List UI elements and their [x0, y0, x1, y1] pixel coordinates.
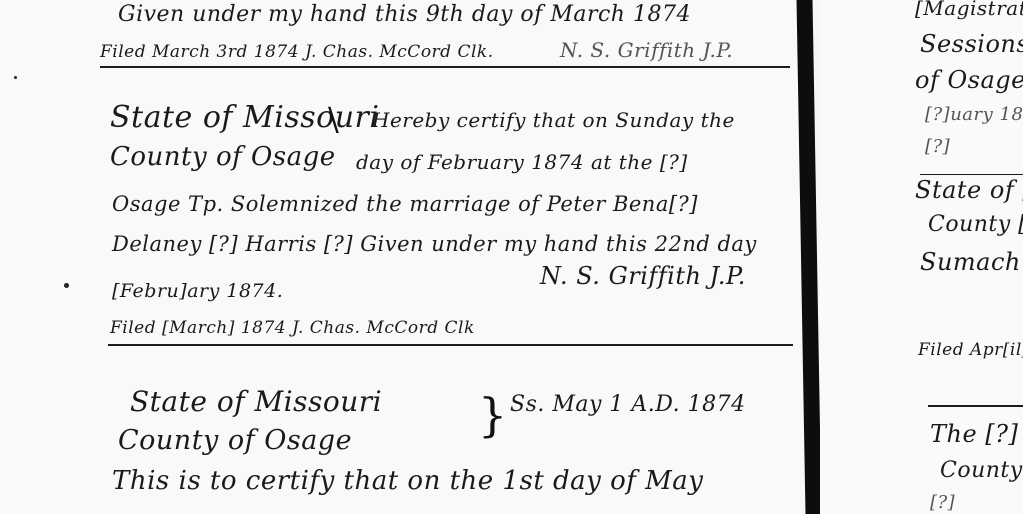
right-line: County [?] [940, 458, 1023, 483]
entry2-line-2: day of February 1874 at the [?] [356, 150, 688, 174]
entry3-heading-right: Ss. May 1 A.D. 1874 [510, 392, 746, 417]
entry-divider [100, 66, 790, 68]
entry3-heading-state: State of Missouri [130, 385, 382, 418]
entry1-signature: N. S. Griffith J.P. [560, 38, 733, 62]
binding-gutter [797, 0, 822, 514]
brace-mark: \ [328, 100, 339, 138]
entry2-signature: N. S. Griffith J.P. [540, 262, 746, 290]
right-line: Sumach [?] [920, 248, 1023, 276]
entry-divider [920, 174, 1023, 175]
entry-divider [108, 344, 793, 346]
entry2-line-5: [Febru]ary 1874. [112, 280, 283, 302]
entry2-heading-county: County of Osage [110, 142, 336, 172]
entry1-filed-line: Filed March 3rd 1874 J. Chas. McCord Clk… [100, 42, 494, 62]
brace-mark: } [478, 388, 507, 442]
entry2-line-1: Hereby certify that on Sunday the [372, 108, 735, 132]
entry3-line-1: This is to certify that on the 1st day o… [112, 466, 703, 496]
right-line: [?] [930, 492, 955, 513]
entry1-given-line: Given under my hand this 9th day of Marc… [118, 2, 691, 27]
entry2-line-4: Delaney [?] Harris [?] Given under my ha… [112, 232, 757, 256]
right-line: of Osage [915, 66, 1023, 94]
right-line: The [?] [930, 420, 1018, 448]
right-line: County [?] [928, 212, 1023, 237]
right-register-page: [Magistrate?] Sessions [?] of Osage [?]u… [820, 0, 1023, 514]
right-line: Sessions [?] [920, 30, 1023, 58]
left-register-page: Given under my hand this 9th day of Marc… [0, 0, 800, 514]
entry2-heading-state: State of Missouri [110, 100, 379, 135]
right-line: [?]uary 18[?] [925, 104, 1023, 125]
right-line: State of [?] [915, 176, 1023, 204]
ink-spot [14, 76, 17, 79]
entry3-heading-county: County of Osage [118, 425, 352, 456]
ink-spot [64, 283, 69, 288]
entry2-line-3: Osage Tp. Solemnized the marriage of Pet… [112, 192, 698, 216]
right-line: [?] [925, 136, 950, 157]
right-line: Filed Apr[il] [918, 340, 1023, 360]
entry-divider [928, 405, 1023, 407]
right-line: [Magistrate?] [915, 0, 1023, 20]
entry2-filed-line: Filed [March] 1874 J. Chas. McCord Clk [110, 318, 475, 338]
